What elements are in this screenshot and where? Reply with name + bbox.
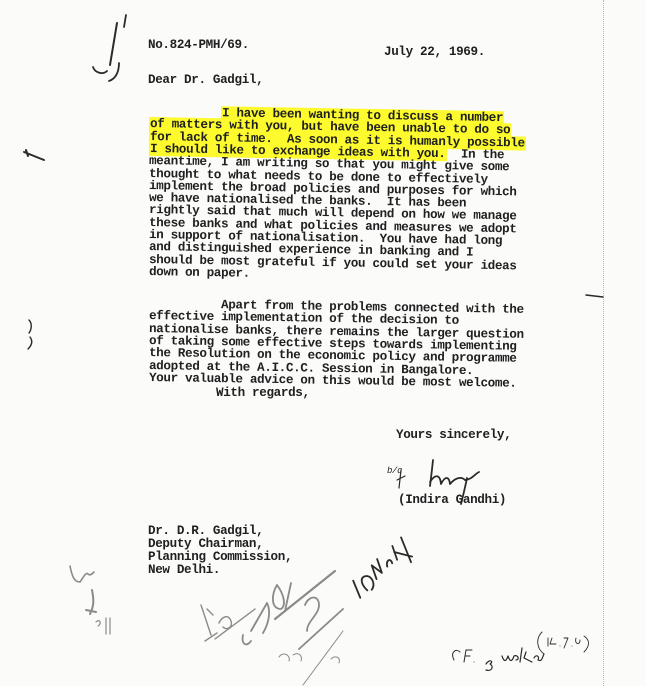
page-fold-line — [603, 0, 605, 686]
recipient-line: Planning Commission, — [148, 550, 292, 564]
salutation: Dear Dr. Gadgil, — [148, 73, 263, 87]
signatory-name: (Indira Gandhi) — [398, 493, 506, 507]
margin-mark — [24, 315, 39, 360]
reference-number: No.824-PMH/69. — [148, 38, 249, 52]
margin-mark — [20, 148, 50, 173]
margin-note-handwritten — [66, 562, 126, 647]
closing-regards: With regards, — [216, 386, 310, 400]
margin-mark — [585, 286, 605, 304]
valediction: Yours sincerely, — [396, 428, 511, 442]
signature-prefix: b/c — [387, 466, 402, 476]
letter-line: down on paper. — [149, 265, 250, 281]
letter-date: July 22, 1969. — [384, 45, 485, 59]
scanned-letter: No.824-PMH/69. July 22, 1969. Dear Dr. G… — [0, 0, 646, 686]
recipient-line: Deputy Chairman, — [148, 537, 263, 551]
handwritten-tick-mark — [85, 15, 135, 90]
recipient-line: Dr. D.R. Gadgil, — [148, 524, 263, 538]
cf-date-handwritten — [536, 628, 596, 663]
